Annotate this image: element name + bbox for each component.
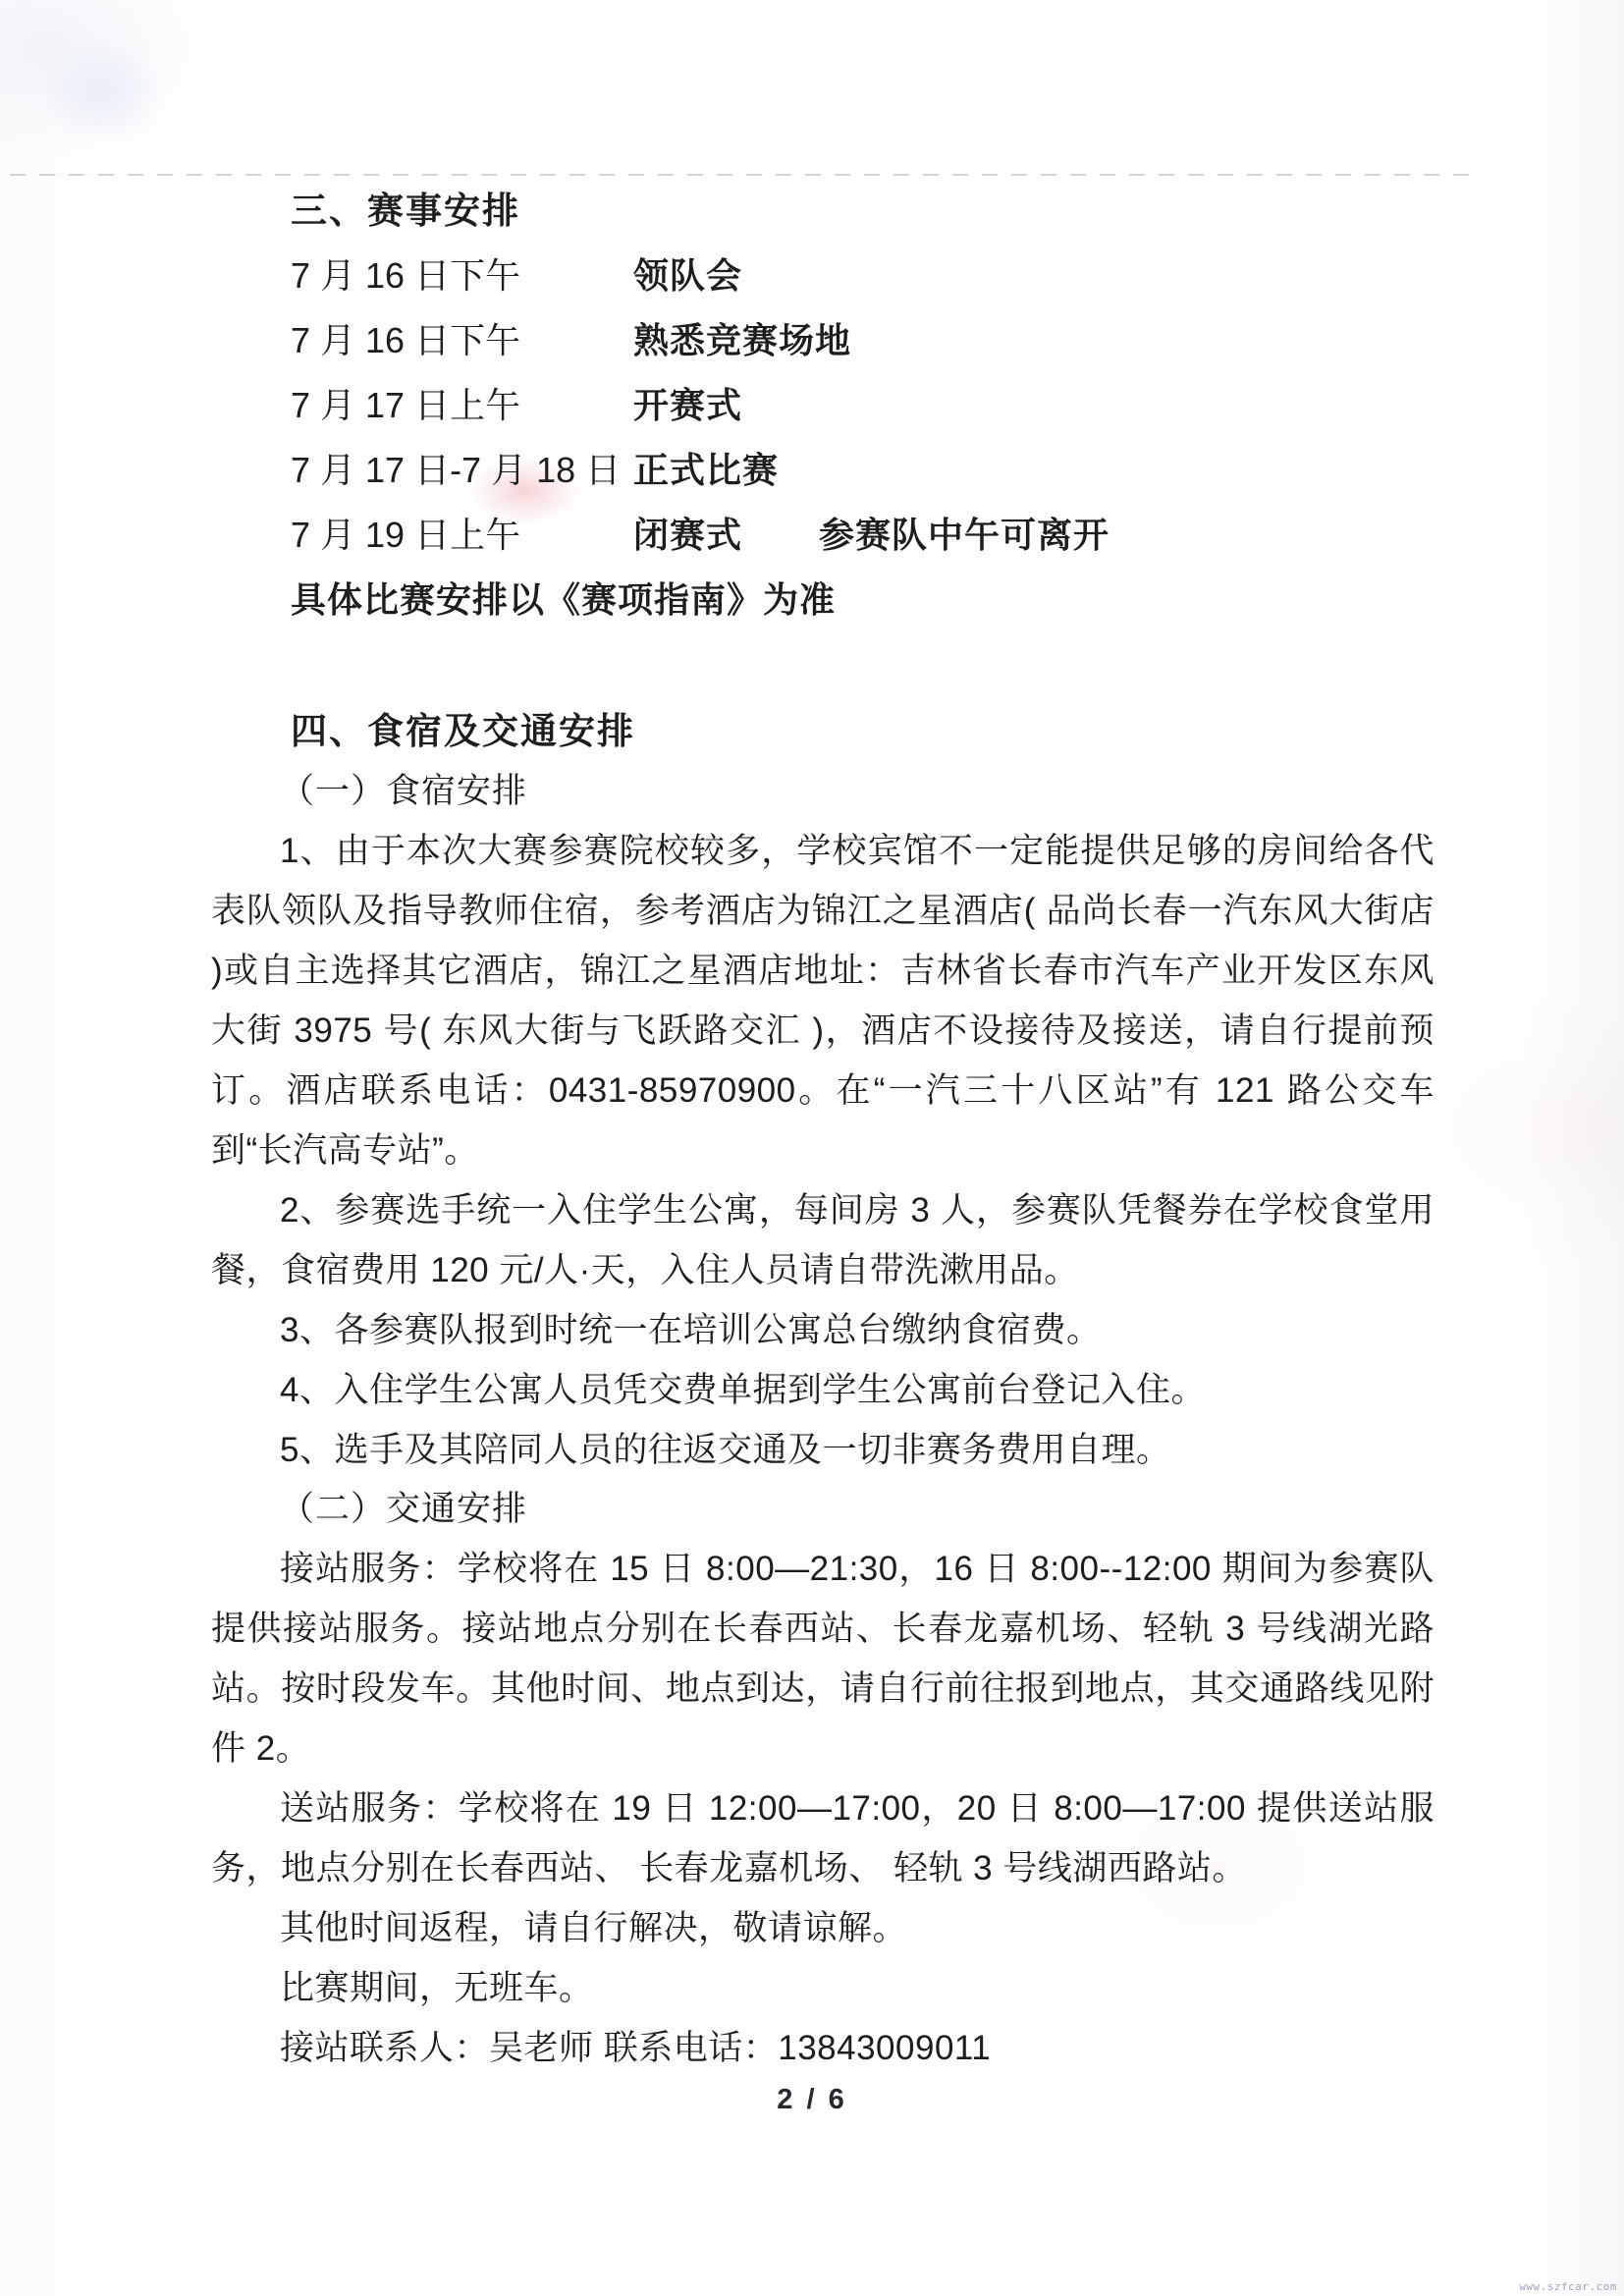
paragraph-transport-no-shuttle: 比赛期间，无班车。 xyxy=(211,1958,1435,2018)
schedule-note: 参赛队中午可离开 xyxy=(819,515,1110,555)
paragraph-accommodation-2: 2、参赛选手统一入住学生公寓，每间房 3 人，参赛队凭餐券在学校食堂用餐，食宿费… xyxy=(211,1180,1435,1300)
paragraph-transport-pickup: 接站服务：学校将在 15 日 8:00—21:30，16 日 8:00--12:… xyxy=(211,1539,1435,1778)
scan-smudge-top-left xyxy=(20,20,187,167)
paragraph-accommodation-1: 1、由于本次大赛参赛院校较多，学校宾馆不一定能提供足够的房间给各代表队领队及指导… xyxy=(211,821,1435,1180)
paragraph-accommodation-5: 5、选手及其陪同人员的往返交通及一切非赛务费用自理。 xyxy=(211,1420,1435,1480)
scanned-document-page: 三、赛事安排 7 月 16 日下午领队会 7 月 16 日下午熟悉竞赛场地 7 … xyxy=(0,0,1624,2296)
schedule-date: 7 月 17 日-7 月 18 日 xyxy=(291,438,633,503)
paragraph-transport-contact: 接站联系人：吴老师 联系电话：13843009011 xyxy=(211,2018,1435,2078)
schedule-event: 闭赛式 xyxy=(633,515,742,555)
schedule-event: 正式比赛 xyxy=(633,450,779,490)
schedule-row: 7 月 17 日-7 月 18 日正式比赛 xyxy=(211,438,1435,503)
page-number: 2 / 6 xyxy=(0,2084,1624,2116)
schedule-row: 7 月 17 日上午开赛式 xyxy=(211,373,1435,438)
schedule-row: 7 月 16 日下午领队会 xyxy=(211,244,1435,308)
section-3-heading: 三、赛事安排 xyxy=(211,179,1435,244)
section-3-footnote: 具体比赛安排以《赛项指南》为准 xyxy=(211,568,1435,632)
paragraph-transport-dropoff: 送站服务：学校将在 19 日 12:00—17:00，20 日 8:00—17:… xyxy=(211,1778,1435,1898)
schedule-row: 7 月 16 日下午熟悉竞赛场地 xyxy=(211,308,1435,373)
paragraph-accommodation-4: 4、入住学生公寓人员凭交费单据到学生公寓前台登记入住。 xyxy=(211,1360,1435,1420)
scan-artifact-line xyxy=(10,174,1475,176)
schedule-row: 7 月 19 日上午闭赛式参赛队中午可离开 xyxy=(211,503,1435,568)
paragraph-transport-other-times: 其他时间返程，请自行解决，敬请谅解。 xyxy=(211,1898,1435,1958)
document-content: 三、赛事安排 7 月 16 日下午领队会 7 月 16 日下午熟悉竞赛场地 7 … xyxy=(211,179,1435,2078)
schedule-date: 7 月 16 日下午 xyxy=(291,308,633,373)
schedule-date: 7 月 16 日下午 xyxy=(291,244,633,308)
watermark-text: www.szfcar.com xyxy=(1519,2280,1617,2293)
schedule-event: 领队会 xyxy=(633,255,742,296)
subsection-2-heading: （二）交通安排 xyxy=(211,1480,1435,1539)
section-4-heading: 四、食宿及交通安排 xyxy=(211,701,1435,762)
subsection-1-heading: （一）食宿安排 xyxy=(211,762,1435,821)
schedule-event: 开赛式 xyxy=(633,385,742,425)
schedule-date: 7 月 19 日上午 xyxy=(291,503,633,568)
section-4: 四、食宿及交通安排 （一）食宿安排 1、由于本次大赛参赛院校较多，学校宾馆不一定… xyxy=(211,701,1435,2078)
schedule-date: 7 月 17 日上午 xyxy=(291,373,633,438)
paragraph-accommodation-3: 3、各参赛队报到时统一在培训公寓总台缴纳食宿费。 xyxy=(211,1300,1435,1360)
schedule-event: 熟悉竞赛场地 xyxy=(633,320,851,360)
section-3: 三、赛事安排 7 月 16 日下午领队会 7 月 16 日下午熟悉竞赛场地 7 … xyxy=(211,179,1435,632)
